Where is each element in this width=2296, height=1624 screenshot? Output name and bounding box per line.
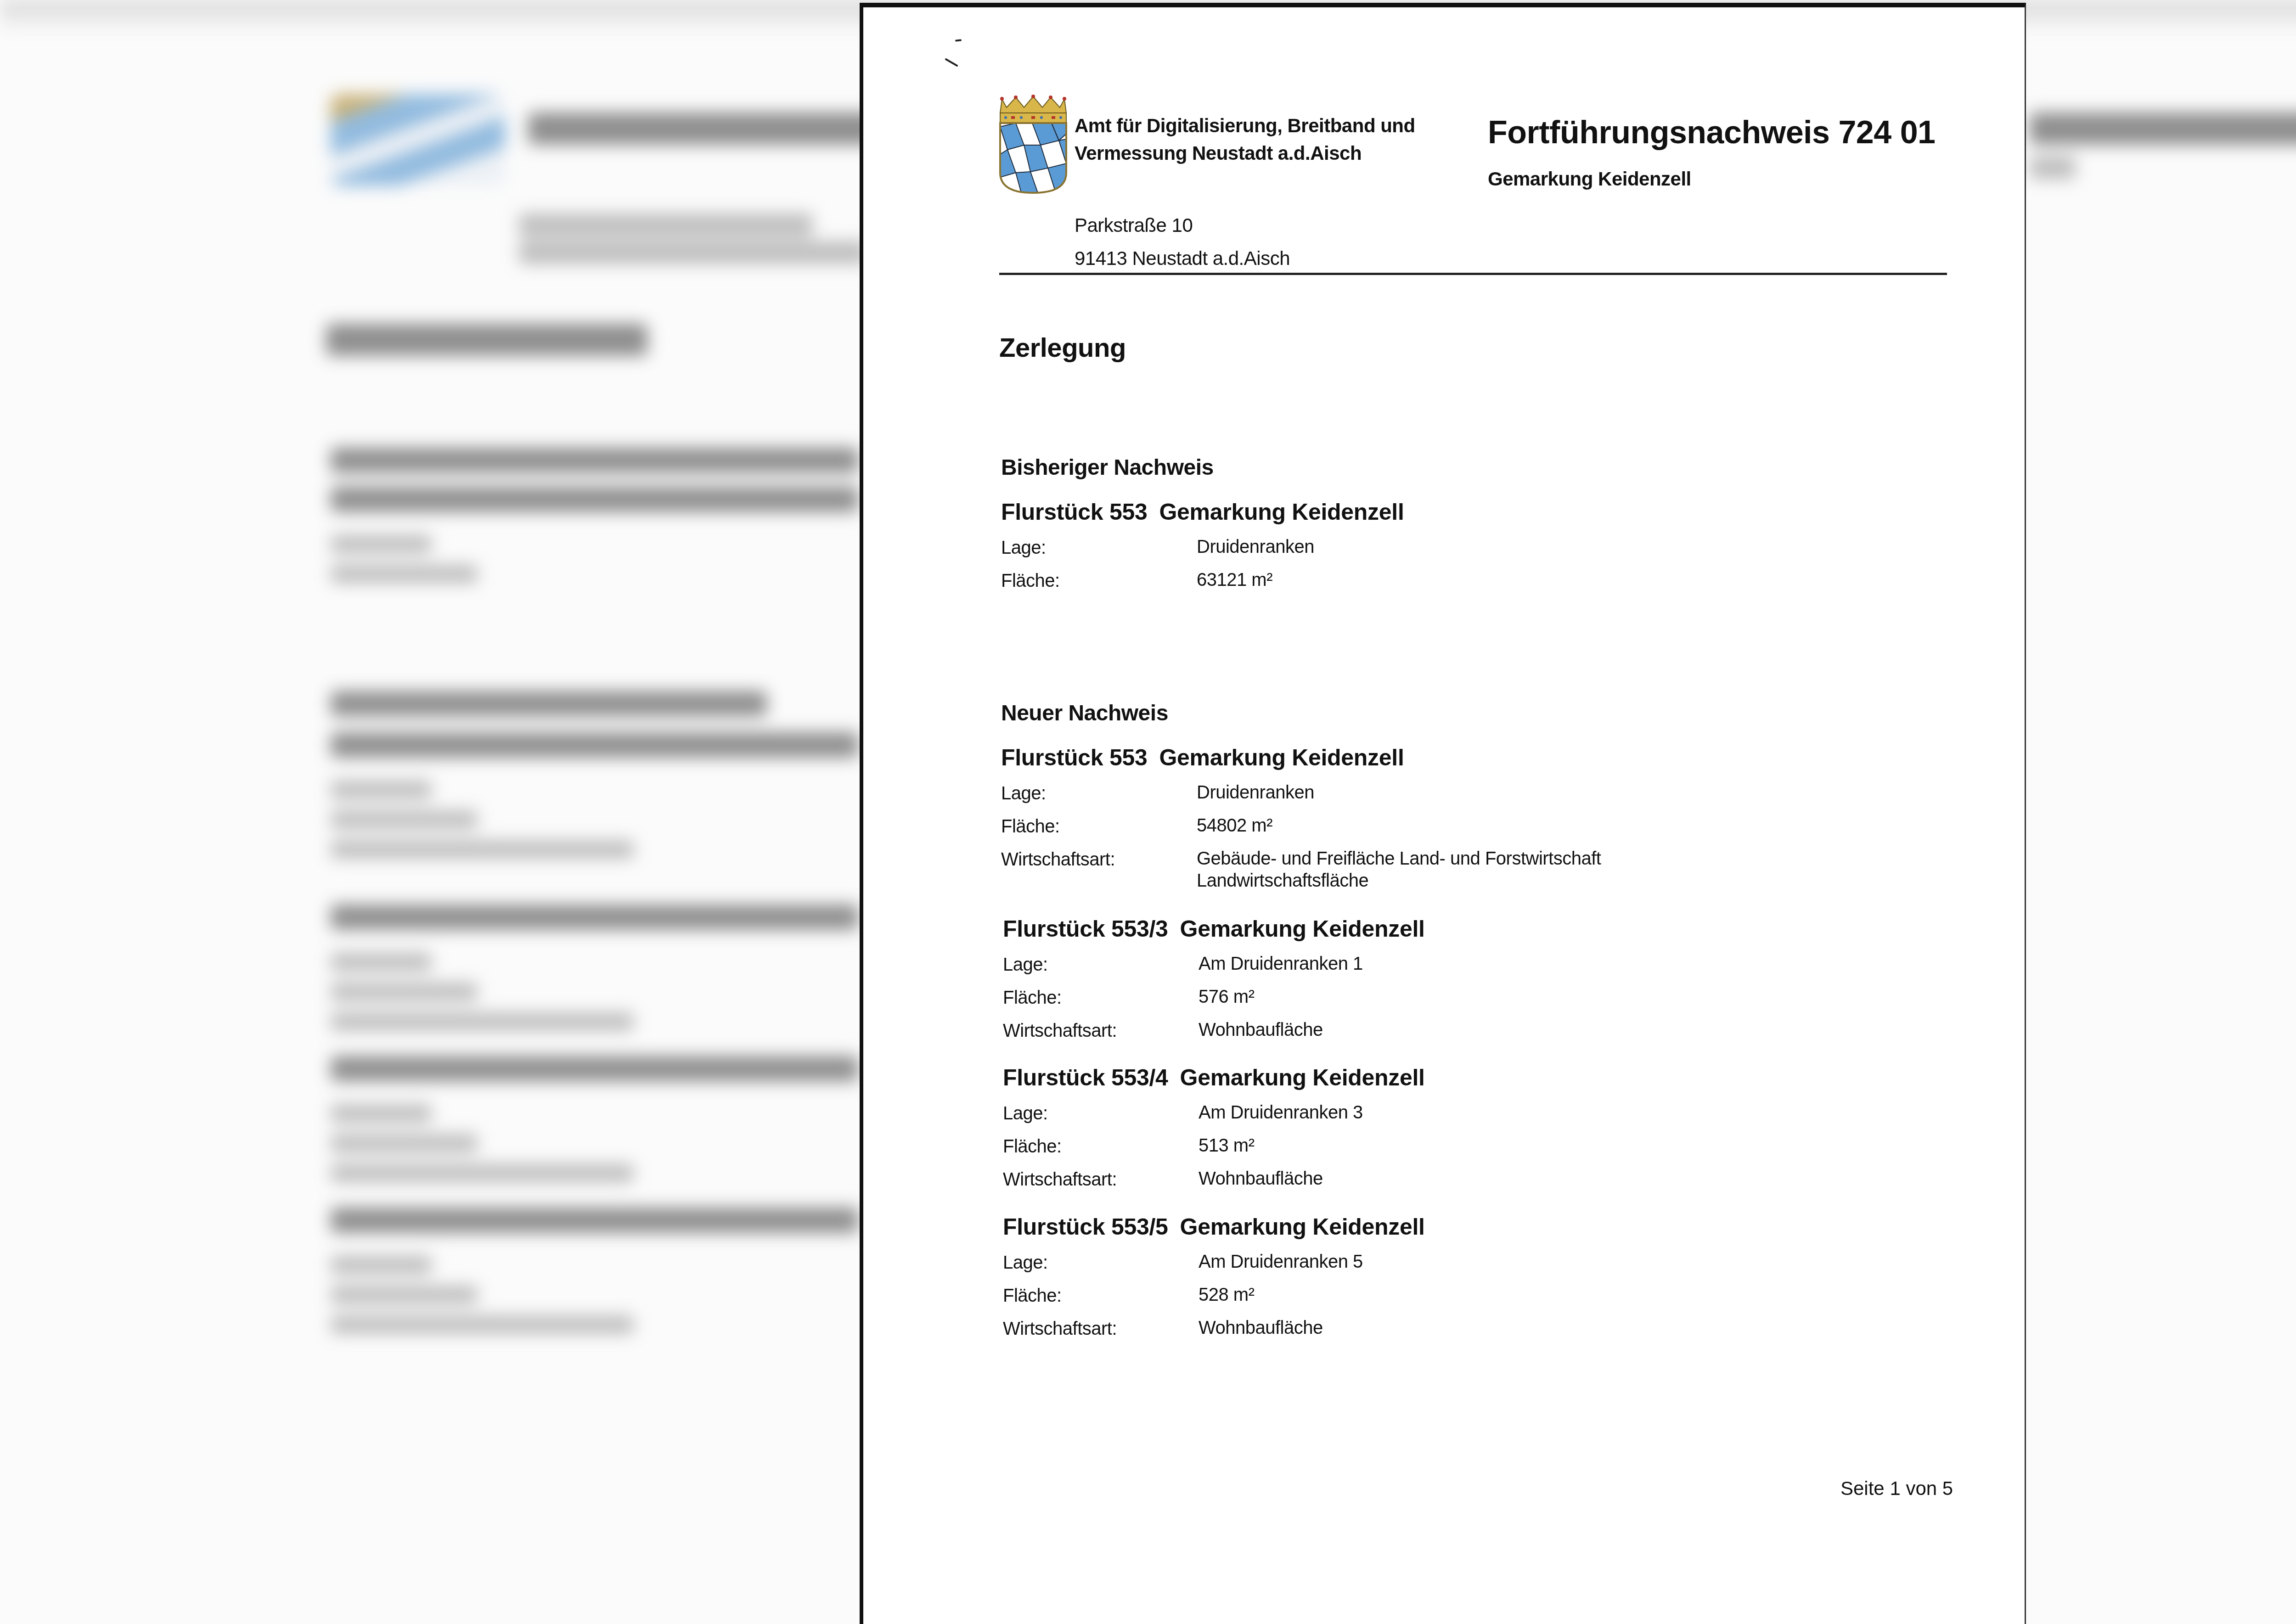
value-wirtschaftsart: Wohnbaufläche [1199, 1168, 1323, 1190]
bavarian-coat-of-arms-icon [997, 95, 1069, 196]
previous-record-heading: Bisheriger Nachweis [1001, 455, 1214, 480]
page-indicator: Seite 1 von 5 [1840, 1478, 1953, 1500]
value-wirtschaftsart: Wohnbaufläche [1199, 1317, 1323, 1339]
value-flaeche: 54802 m² [1197, 815, 1272, 837]
value-lage: Druidenranken [1197, 536, 1314, 558]
document-subtitle: Gemarkung Keidenzell [1488, 168, 1691, 190]
value-flaeche: 513 m² [1199, 1135, 1255, 1157]
parcel-title: Flurstück 553Gemarkung Keidenzell [1001, 499, 1404, 525]
parcel-gemarkung: Gemarkung Keidenzell [1180, 1214, 1425, 1240]
label-lage: Lage: [1003, 1103, 1048, 1124]
parcel-gemarkung: Gemarkung Keidenzell [1180, 1065, 1425, 1090]
parcel-gemarkung: Gemarkung Keidenzell [1180, 916, 1425, 942]
value-wirtschaftsart: Gebäude- und Freifläche Land- und Forstw… [1197, 848, 1601, 892]
parcel-number: Flurstück 553/3 [1003, 916, 1168, 942]
new-record-heading: Neuer Nachweis [1001, 701, 1168, 726]
value-lage: Druidenranken [1197, 781, 1314, 804]
blurred-logo [331, 94, 505, 186]
label-wirtschaftsart: Wirtschaftsart: [1001, 849, 1115, 870]
value-lage: Am Druidenranken 3 [1199, 1101, 1363, 1124]
value-lage: Am Druidenranken 5 [1199, 1251, 1363, 1273]
value-flaeche: 63121 m² [1197, 569, 1272, 591]
value-flaeche: 576 m² [1199, 986, 1255, 1008]
parcel-number: Flurstück 553/4 [1003, 1065, 1168, 1090]
document-title: Fortführungsnachweis 724 01 [1488, 114, 1936, 151]
value-wirtschaftsart-line2: Landwirtschaftsfläche [1197, 870, 1601, 892]
scan-artifact [955, 39, 962, 41]
label-lage: Lage: [1001, 783, 1046, 804]
label-flaeche: Fläche: [1003, 1136, 1062, 1157]
authority-name: Amt für Digitalisierung, Breitband und V… [1075, 112, 1415, 167]
parcel-number: Flurstück 553 [1001, 745, 1147, 770]
label-wirtschaftsart: Wirtschaftsart: [1003, 1169, 1117, 1190]
value-lage: Am Druidenranken 1 [1199, 953, 1363, 975]
label-lage: Lage: [1003, 1253, 1048, 1273]
parcel-gemarkung: Gemarkung Keidenzell [1159, 499, 1404, 525]
parcel-number: Flurstück 553 [1001, 499, 1147, 525]
label-flaeche: Fläche: [1003, 988, 1062, 1008]
label-flaeche: Fläche: [1001, 816, 1060, 837]
scan-artifact [945, 58, 958, 67]
label-lage: Lage: [1001, 538, 1046, 558]
address-street: Parkstraße 10 [1075, 214, 1193, 237]
header-divider [999, 273, 1947, 275]
label-lage: Lage: [1003, 955, 1048, 975]
address-city: 91413 Neustadt a.d.Aisch [1075, 247, 1290, 270]
parcel-gemarkung: Gemarkung Keidenzell [1159, 745, 1404, 770]
value-flaeche: 528 m² [1199, 1284, 1255, 1306]
label-wirtschaftsart: Wirtschaftsart: [1003, 1021, 1117, 1041]
document-page: Amt für Digitalisierung, Breitband und V… [860, 3, 2026, 1624]
authority-name-line2: Vermessung Neustadt a.d.Aisch [1075, 140, 1415, 167]
parcel-number: Flurstück 553/5 [1003, 1214, 1168, 1240]
parcel-title: Flurstück 553/5Gemarkung Keidenzell [1003, 1214, 1425, 1240]
authority-name-line1: Amt für Digitalisierung, Breitband und [1075, 112, 1415, 140]
section-title: Zerlegung [999, 332, 1126, 363]
parcel-title: Flurstück 553Gemarkung Keidenzell [1001, 744, 1404, 771]
parcel-title: Flurstück 553/4Gemarkung Keidenzell [1003, 1064, 1425, 1091]
label-flaeche: Fläche: [1001, 571, 1060, 591]
value-wirtschaftsart: Wohnbaufläche [1199, 1019, 1323, 1041]
label-wirtschaftsart: Wirtschaftsart: [1003, 1319, 1117, 1339]
parcel-title: Flurstück 553/3Gemarkung Keidenzell [1003, 916, 1425, 942]
label-flaeche: Fläche: [1003, 1286, 1062, 1306]
value-wirtschaftsart-line1: Gebäude- und Freifläche Land- und Forstw… [1197, 848, 1601, 870]
